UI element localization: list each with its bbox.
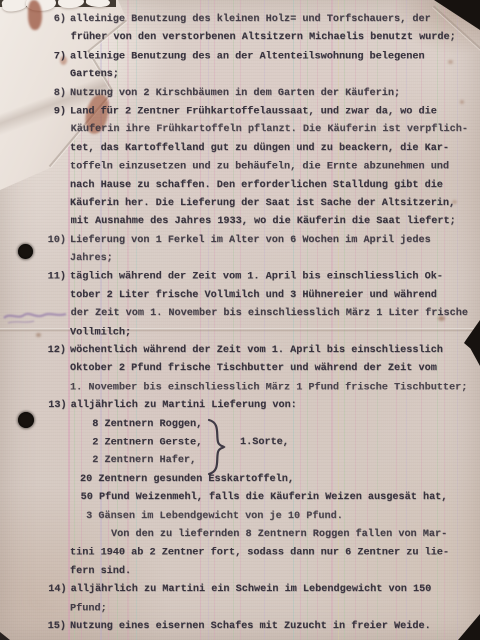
line-text: alleinige Benutzung des kleinen Holz= un… xyxy=(70,11,431,29)
line-text: alleinige Benutzung des an der Altenteil… xyxy=(70,48,425,66)
line-text: 3 Gänsen im Lebendgewicht von je 10 Pfun… xyxy=(80,508,343,526)
line-text: tober 2 Liter frische Vollmilch und 3 Hü… xyxy=(70,287,437,305)
line-text: Vollmilch; xyxy=(70,324,131,342)
text-line: Jahres; xyxy=(0,250,480,268)
line-text: 2 Zentnern Hafer, xyxy=(80,452,196,470)
line-text: täglich während der Zeit vom 1. April bi… xyxy=(70,269,443,287)
line-text: Nutzung eines eisernen Schafes mit Zuzuc… xyxy=(70,618,431,636)
text-line: 11)täglich während der Zeit vom 1. April… xyxy=(0,269,480,287)
item-number: 14) xyxy=(41,581,67,599)
text-line: früher von den verstorbenen Altsitzern M… xyxy=(1,29,480,47)
line-text: Käuferin ihre Frühkartoffeln pflanzt. Di… xyxy=(71,121,468,139)
item-number: 7) xyxy=(40,48,66,66)
text-line: 3 Gänsen im Lebendgewicht von je 10 Pfun… xyxy=(0,508,480,526)
text-line: 14)alljährlich zu Martini ein Schwein im… xyxy=(1,581,480,599)
line-text: nach Hause zu schaffen. Den erforderlich… xyxy=(70,177,443,195)
item-number: 6) xyxy=(40,11,66,29)
line-text: alljährlich zu Martini Lieferung von: xyxy=(71,397,297,415)
line-text: toffeln einzusetzen und zu behäufeln, di… xyxy=(70,159,449,177)
text-line: Von den zu liefernden 8 Zentnern Roggen … xyxy=(0,526,480,544)
text-line: Gartens; xyxy=(0,66,480,84)
text-line: 7)alleinige Benutzung des an der Altente… xyxy=(0,48,480,66)
text-line: 8 Zentnern Roggen, xyxy=(0,416,480,434)
text-line: 2 Zentnern Hafer, xyxy=(0,452,480,470)
text-line: der Zeit vom 1. November bis einschliess… xyxy=(1,305,480,323)
scanned-document-page: 6)alleinige Benutzung des kleinen Holz= … xyxy=(0,0,480,640)
text-line: Vollmilch; xyxy=(0,324,480,342)
line-text: wöchentlich während der Zeit vom 1. Apri… xyxy=(70,342,443,360)
line-text: mit Ausnahme des Jahres 1933, wo die Käu… xyxy=(71,213,456,231)
text-line: Käuferin ihre Frühkartoffeln pflanzt. Di… xyxy=(1,121,480,139)
line-text: fern sind. xyxy=(70,563,131,581)
line-text: 2 Zentnern Gerste, xyxy=(80,434,202,452)
text-line: tini 1940 ab 2 Zentner fort, sodass dann… xyxy=(0,545,480,563)
text-line: tober 2 Liter frische Vollmilch und 3 Hü… xyxy=(0,287,480,305)
text-line: tet, das Kartoffelland gut zu düngen und… xyxy=(0,140,480,158)
item-number: 15) xyxy=(40,618,66,636)
item-number: 9) xyxy=(40,103,66,121)
text-line: fern sind. xyxy=(0,563,480,581)
item-number: 11) xyxy=(40,269,66,287)
line-text: Jahres; xyxy=(70,250,113,268)
grade-label: 1.Sorte, xyxy=(240,434,289,452)
line-text: Käuferin her. Die Lieferung der Saat ist… xyxy=(70,195,455,213)
text-line: 10)Lieferung von 1 Ferkel im Alter von 6… xyxy=(0,232,480,250)
text-line: 1. November bis einschliesslich März 1 P… xyxy=(0,379,480,397)
line-text: früher von den verstorbenen Altsitzern M… xyxy=(71,29,456,47)
line-text: Pfund; xyxy=(70,600,107,618)
brace-mark xyxy=(205,418,229,476)
text-line: 13)alljährlich zu Martini Lieferung von: xyxy=(1,397,480,415)
line-text: Von den zu liefernden 8 Zentnern Roggen … xyxy=(111,526,447,544)
text-line: mit Ausnahme des Jahres 1933, wo die Käu… xyxy=(1,213,480,231)
line-text: Land für 2 Zentner Frühkartoffelaussaat,… xyxy=(70,103,437,121)
line-text: Nutzung von 2 Kirschbäumen in dem Garten… xyxy=(70,85,400,103)
line-text: tini 1940 ab 2 Zentner fort, sodass dann… xyxy=(70,545,449,563)
text-line: 20 Zentnern gesunden Esskartoffeln, xyxy=(0,471,480,489)
text-line: toffeln einzusetzen und zu behäufeln, di… xyxy=(0,159,480,177)
text-line: 9)Land für 2 Zentner Frühkartoffelaussaa… xyxy=(0,103,480,121)
line-text: 50 Pfund Weizenmehl, falls die Käuferin … xyxy=(81,489,448,507)
line-text: tet, das Kartoffelland gut zu düngen und… xyxy=(70,140,449,158)
item-number: 8) xyxy=(40,85,66,103)
text-line: nach Hause zu schaffen. Den erforderlich… xyxy=(0,177,480,195)
line-text: Gartens; xyxy=(70,66,119,84)
typewritten-text: 6)alleinige Benutzung des kleinen Holz= … xyxy=(0,11,480,636)
line-text: Lieferung von 1 Ferkel im Alter von 6 Wo… xyxy=(70,232,431,250)
text-line: 8)Nutzung von 2 Kirschbäumen in dem Gart… xyxy=(0,85,480,103)
punch-hole xyxy=(18,412,34,428)
text-line: Pfund; xyxy=(0,600,480,618)
punch-hole xyxy=(18,244,33,259)
item-number: 13) xyxy=(41,397,67,415)
line-text: Oktober 2 Pfund frische Tischbutter und … xyxy=(70,360,437,378)
item-number: 12) xyxy=(40,342,66,360)
text-line: 6)alleinige Benutzung des kleinen Holz= … xyxy=(0,11,480,29)
text-line: 50 Pfund Weizenmehl, falls die Käuferin … xyxy=(1,489,480,507)
text-line: Käuferin her. Die Lieferung der Saat ist… xyxy=(0,195,480,213)
line-text: alljährlich zu Martini ein Schwein im Le… xyxy=(71,581,432,599)
text-line: 12)wöchentlich während der Zeit vom 1. A… xyxy=(0,342,480,360)
line-text: 20 Zentnern gesunden Esskartoffeln, xyxy=(80,471,294,489)
item-number: 10) xyxy=(40,232,66,250)
line-text: der Zeit vom 1. November bis einschliess… xyxy=(71,305,468,323)
line-text: 1. November bis einschliesslich März 1 P… xyxy=(70,379,467,397)
text-line: 15)Nutzung eines eisernen Schafes mit Zu… xyxy=(0,618,480,636)
text-line: Oktober 2 Pfund frische Tischbutter und … xyxy=(0,360,480,378)
line-text: 8 Zentnern Roggen, xyxy=(80,416,202,434)
